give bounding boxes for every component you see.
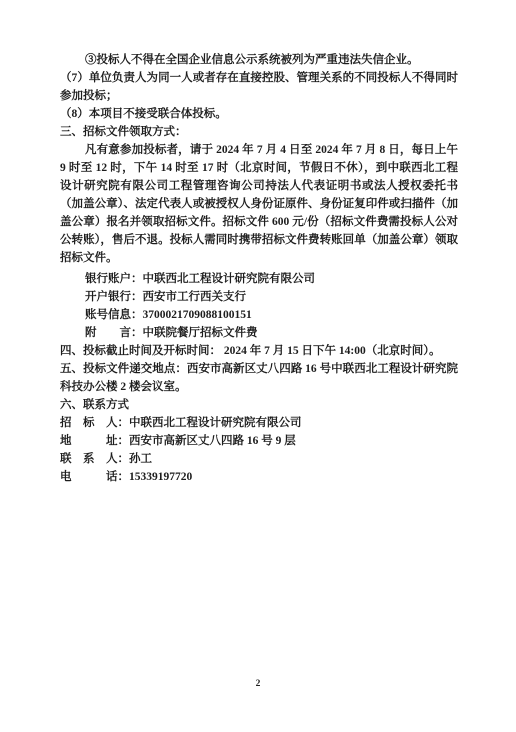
contact-tenderer-row: 招 标 人：中联西北工程设计研究院有限公司 <box>60 414 458 432</box>
clause-note-3: ③投标人不得在全国企业信息公示系统被列为严重违法失信企业。 <box>60 51 458 69</box>
bank-branch-row: 开户银行：西安市工行西关支行 <box>85 288 458 306</box>
contact-address-label: 地 址： <box>60 435 129 447</box>
contact-address-row: 地 址：西安市高新区丈八四路 16 号 9 层 <box>60 432 458 450</box>
bank-account-number-label: 账号信息： <box>85 309 143 321</box>
contact-tenderer-label: 招 标 人： <box>60 417 129 429</box>
bank-memo-row: 附 言：中联院餐厅招标文件费 <box>85 324 458 342</box>
contact-person-label: 联 系 人： <box>60 453 129 465</box>
bank-account-number-row: 账号信息：3700021709088100151 <box>85 306 458 324</box>
contact-person-value: 孙工 <box>129 453 152 465</box>
bank-account-name-row: 银行账户：中联西北工程设计研究院有限公司 <box>85 270 458 288</box>
bank-memo-value: 中联院餐厅招标文件费 <box>143 327 258 339</box>
bank-memo-label: 附 言： <box>85 327 143 339</box>
contact-address-value: 西安市高新区丈八四路 16 号 9 层 <box>129 435 296 447</box>
bank-branch-label: 开户银行： <box>85 291 143 303</box>
document-page: ③投标人不得在全国企业信息公示系统被列为严重违法失信企业。 （7）单位负责人为同… <box>60 51 458 486</box>
section3-body: 凡有意参加投标者，请于 2024 年 7 月 4 日至 2024 年 7 月 8… <box>60 141 458 267</box>
page-number: 2 <box>0 679 516 689</box>
bank-account-name-label: 银行账户： <box>85 273 143 285</box>
bank-info-block: 银行账户：中联西北工程设计研究院有限公司 开户银行：西安市工行西关支行 账号信息… <box>60 270 458 342</box>
contact-tenderer-value: 中联西北工程设计研究院有限公司 <box>129 417 302 429</box>
contact-info-block: 招 标 人：中联西北工程设计研究院有限公司 地 址：西安市高新区丈八四路 16 … <box>60 414 458 486</box>
section5-submission-place: 五、投标文件递交地点：西安市高新区丈八四路 16 号中联西北工程设计研究院科技办… <box>60 360 458 396</box>
section3-heading: 三、招标文件领取方式： <box>60 123 458 141</box>
bank-account-name-value: 中联西北工程设计研究院有限公司 <box>143 273 316 285</box>
section6-heading: 六、联系方式 <box>60 396 458 414</box>
clause-8: （8）本项目不接受联合体投标。 <box>60 105 458 123</box>
contact-phone-row: 电 话：15339197720 <box>60 468 458 486</box>
bank-branch-value: 西安市工行西关支行 <box>143 291 247 303</box>
contact-person-row: 联 系 人：孙工 <box>60 450 458 468</box>
bank-account-number-value: 3700021709088100151 <box>143 309 252 321</box>
contact-phone-value: 15339197720 <box>129 471 192 483</box>
contact-phone-label: 电 话： <box>60 471 129 483</box>
clause-7: （7）单位负责人为同一人或者存在直接控股、管理关系的不同投标人不得同时参加投标； <box>60 69 458 105</box>
section4-deadline: 四、投标截止时间及开标时间： 2024 年 7 月 15 日下午 14:00（北… <box>60 342 458 360</box>
